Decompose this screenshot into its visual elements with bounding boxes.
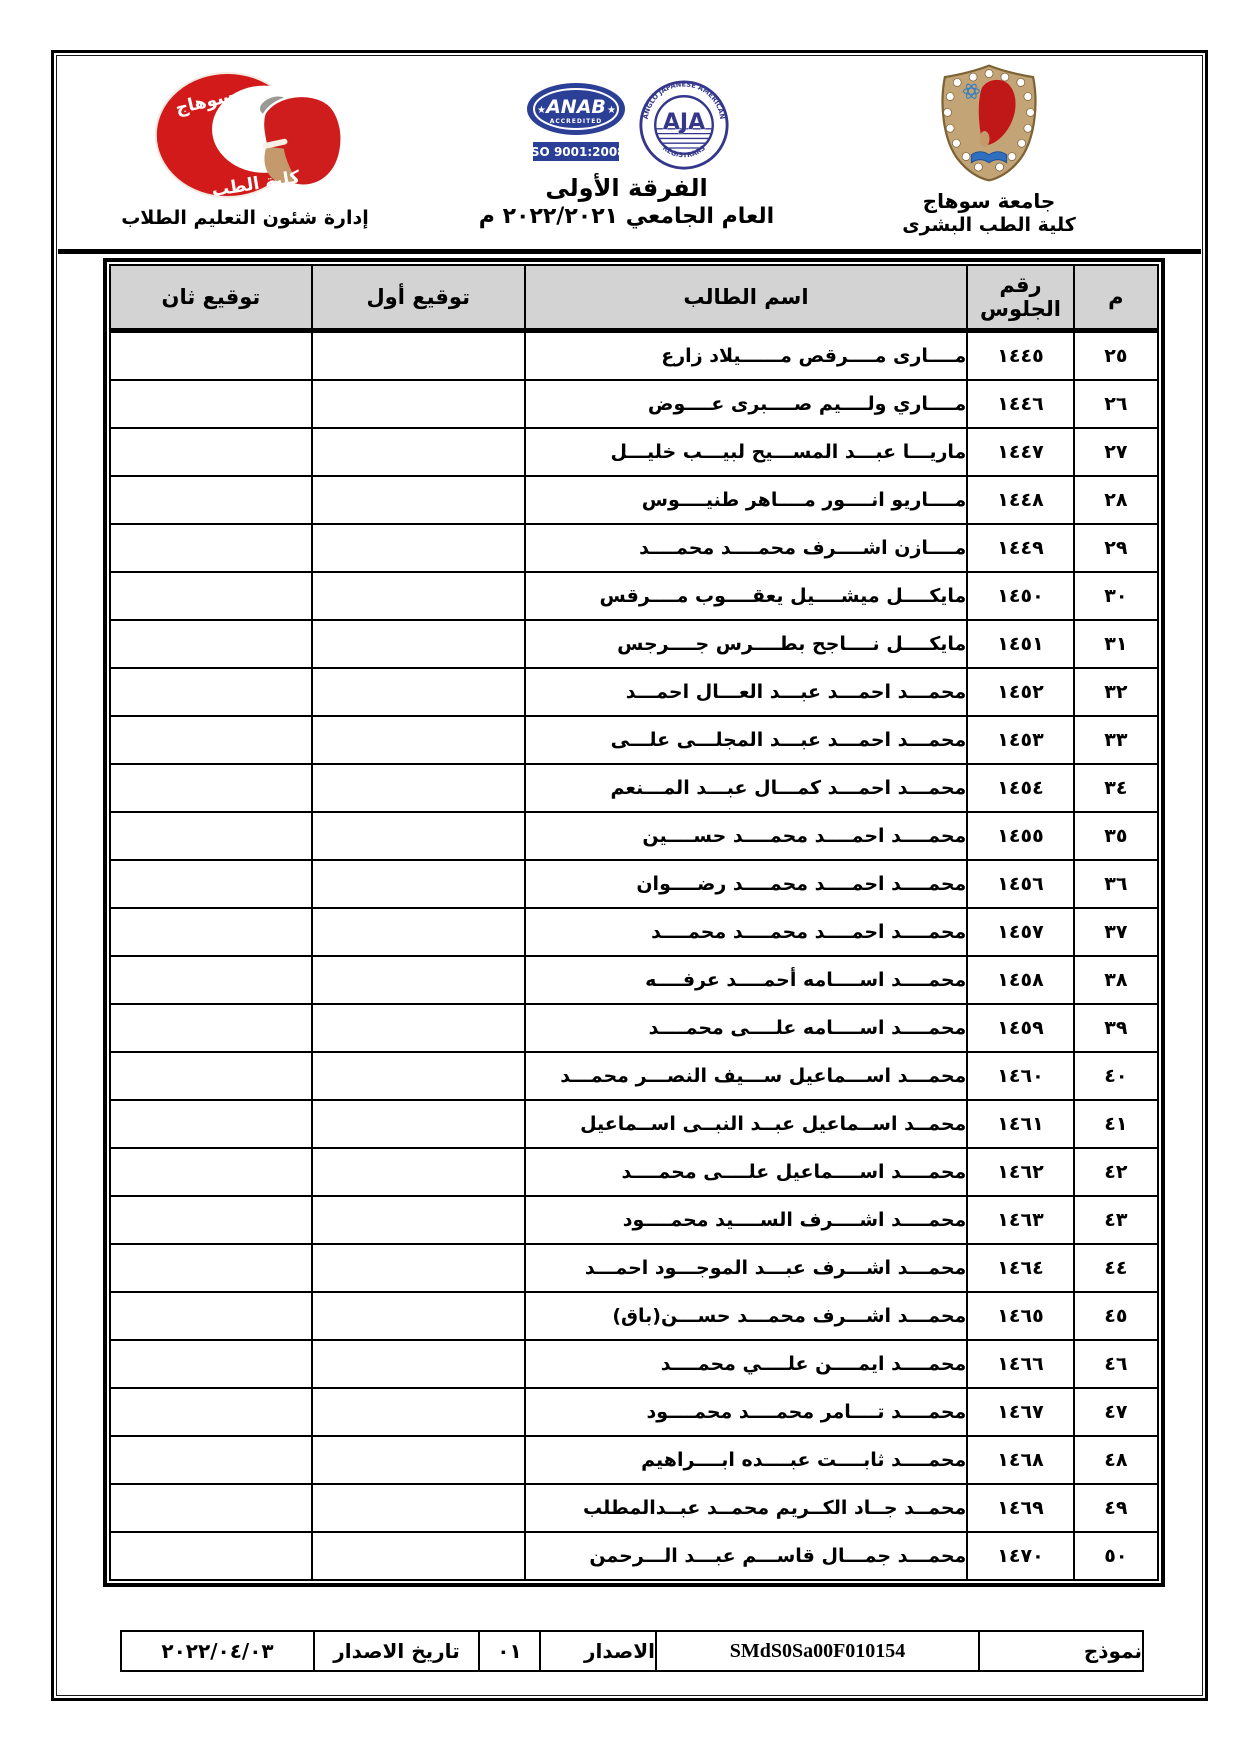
first-signature-cell[interactable] — [312, 476, 525, 524]
second-signature-cell[interactable] — [110, 1052, 312, 1100]
seat-number-cell: ١٤٦٨ — [967, 1436, 1073, 1484]
student-name-cell: محمــــد اســــماعيل علــــى محمــــد — [525, 1148, 968, 1196]
second-signature-cell[interactable] — [110, 860, 312, 908]
first-signature-cell[interactable] — [312, 524, 525, 572]
table-row: ٤٠١٤٦٠محمـــد اســـماعيل ســـيف النصـــر… — [110, 1052, 1158, 1100]
student-name-cell: محمــــد اســــامه علــــى محمــــد — [525, 1004, 968, 1052]
second-signature-cell[interactable] — [110, 956, 312, 1004]
second-signature-cell[interactable] — [110, 1244, 312, 1292]
seat-number-cell: ١٤٤٧ — [967, 428, 1073, 476]
table-row: ٣٦١٤٥٦محمــــد احمــــد محمــــد رضــــو… — [110, 860, 1158, 908]
table-row: ٣٥١٤٥٥محمــــد احمــــد محمــــد حســــي… — [110, 812, 1158, 860]
first-signature-cell[interactable] — [312, 1484, 525, 1532]
column-header-second-signature: توقيع ثان — [110, 265, 312, 331]
first-signature-cell[interactable] — [312, 764, 525, 812]
seat-number-cell: ١٤٥٩ — [967, 1004, 1073, 1052]
accreditation-logos: ★ ★ ANAB ACCREDITED ISO 9001:2008 — [454, 79, 799, 171]
student-name-cell: محمــــد احمــــد محمــــد رضــــوان — [525, 860, 968, 908]
first-signature-cell[interactable] — [312, 956, 525, 1004]
serial-cell: ٤٠ — [1074, 1052, 1158, 1100]
first-signature-cell[interactable] — [312, 1292, 525, 1340]
anab-accredited-text: ACCREDITED — [549, 118, 602, 125]
seat-number-cell: ١٤٤٨ — [967, 476, 1073, 524]
second-signature-cell[interactable] — [110, 668, 312, 716]
second-signature-cell[interactable] — [110, 524, 312, 572]
first-signature-cell[interactable] — [312, 1388, 525, 1436]
serial-cell: ٤٤ — [1074, 1244, 1158, 1292]
second-signature-cell[interactable] — [110, 380, 312, 428]
column-header-seat-number: رقم الجلوس — [967, 265, 1073, 331]
column-header-student-name: اسم الطالب — [525, 265, 968, 331]
version-value: ٠١ — [479, 1631, 540, 1671]
seat-number-cell: ١٤٦٤ — [967, 1244, 1073, 1292]
second-signature-cell[interactable] — [110, 1436, 312, 1484]
header-right-block: جامعة سوهاج كلية الطب البشرى — [874, 63, 1104, 237]
second-signature-cell[interactable] — [110, 1388, 312, 1436]
issue-date-value: ٢٠٢٢/٠٤/٠٣ — [121, 1631, 314, 1671]
table-row: ٤٤١٤٦٤محمـــد اشـــرف عبـــد الموجـــود … — [110, 1244, 1158, 1292]
serial-cell: ٣٥ — [1074, 812, 1158, 860]
student-name-cell: محمـــد احمـــد عبـــد العـــال احمـــد — [525, 668, 968, 716]
seat-number-cell: ١٤٦٧ — [967, 1388, 1073, 1436]
seat-number-cell: ١٤٤٩ — [967, 524, 1073, 572]
serial-cell: ٣١ — [1074, 620, 1158, 668]
student-name-cell: مــــاريو انــــور مــــاهر طنيــــوس — [525, 476, 968, 524]
anab-star-right-icon: ★ — [607, 105, 616, 116]
serial-cell: ٥٠ — [1074, 1532, 1158, 1580]
second-signature-cell[interactable] — [110, 1196, 312, 1244]
anab-accreditation-logo: ★ ★ ANAB ACCREDITED ISO 9001:2008 — [524, 82, 628, 168]
aja-registrars-logo: AJA ANGLO JAPANESE AMERICAN REGISTRARS — [638, 79, 730, 171]
serial-cell: ٢٩ — [1074, 524, 1158, 572]
table-row: ٣٢١٤٥٢محمـــد احمـــد عبـــد العـــال اح… — [110, 668, 1158, 716]
student-name-cell: محمــــد ايمــــن علــــي محمــــد — [525, 1340, 968, 1388]
serial-cell: ٤٥ — [1074, 1292, 1158, 1340]
serial-cell: ٣٨ — [1074, 956, 1158, 1004]
seat-number-cell: ١٤٦١ — [967, 1100, 1073, 1148]
first-signature-cell[interactable] — [312, 1340, 525, 1388]
table-row: ٣١١٤٥١مايكــــل نــــاجح بطــــرس جــــر… — [110, 620, 1158, 668]
first-signature-cell[interactable] — [312, 380, 525, 428]
table-row: ٤٩١٤٦٩محمــد جــاد الكــريم محمــد عبــد… — [110, 1484, 1158, 1532]
first-signature-cell[interactable] — [312, 716, 525, 764]
table-row: ٤٢١٤٦٢محمــــد اســــماعيل علــــى محمــ… — [110, 1148, 1158, 1196]
serial-cell: ٣٢ — [1074, 668, 1158, 716]
table-row: ٣٩١٤٥٩محمــــد اســــامه علــــى محمــــ… — [110, 1004, 1158, 1052]
column-header-first-signature: توقيع أول — [312, 265, 525, 331]
seat-number-cell: ١٤٥١ — [967, 620, 1073, 668]
document-page: جامعة سوهاج كلية الطب إدارة شئون التعليم… — [0, 0, 1241, 1755]
second-signature-cell[interactable] — [110, 764, 312, 812]
student-name-cell: محمــــد احمــــد محمــــد حســــين — [525, 812, 968, 860]
seat-number-cell: ١٤٤٥ — [967, 331, 1073, 381]
seat-number-cell: ١٤٦٣ — [967, 1196, 1073, 1244]
seat-number-cell: ١٤٦٢ — [967, 1148, 1073, 1196]
student-name-cell: محمــــد احمــــد محمــــد محمــــد — [525, 908, 968, 956]
serial-cell: ٤٩ — [1074, 1484, 1158, 1532]
grade-title: الفرقة الأولى — [454, 175, 799, 203]
serial-cell: ٣٤ — [1074, 764, 1158, 812]
faculty-name: كلية الطب البشرى — [874, 214, 1104, 237]
iso-certification-text: ISO 9001:2008 — [526, 145, 625, 159]
first-signature-cell[interactable] — [312, 1148, 525, 1196]
second-signature-cell[interactable] — [110, 572, 312, 620]
seat-number-cell: ١٤٥٨ — [967, 956, 1073, 1004]
table-row: ٣٧١٤٥٧محمــــد احمــــد محمــــد محمــــ… — [110, 908, 1158, 956]
second-signature-cell[interactable] — [110, 908, 312, 956]
first-signature-cell[interactable] — [312, 860, 525, 908]
first-signature-cell[interactable] — [312, 1004, 525, 1052]
table-row: ٢٧١٤٤٧ماريـــا عبـــد المســـيح لبيـــب … — [110, 428, 1158, 476]
version-label: الاصدار — [540, 1631, 656, 1671]
seat-number-cell: ١٤٥٥ — [967, 812, 1073, 860]
form-meta-row: نموذج SMdS0Sa00F010154 الاصدار ٠١ تاريخ … — [121, 1631, 1143, 1671]
second-signature-cell[interactable] — [110, 812, 312, 860]
student-name-cell: محمـــد احمـــد كمـــال عبـــد المـــنعم — [525, 764, 968, 812]
seat-number-cell: ١٤٥٢ — [967, 668, 1073, 716]
seat-number-cell: ١٤٥٤ — [967, 764, 1073, 812]
serial-cell: ٣٦ — [1074, 860, 1158, 908]
second-signature-cell[interactable] — [110, 1148, 312, 1196]
seat-number-cell: ١٤٥٧ — [967, 908, 1073, 956]
serial-cell: ٤٦ — [1074, 1340, 1158, 1388]
seat-number-cell: ١٤٧٠ — [967, 1532, 1073, 1580]
first-signature-cell[interactable] — [312, 1196, 525, 1244]
second-signature-cell[interactable] — [110, 331, 312, 381]
table-row: ٣٨١٤٥٨محمــــد اســــامه أحمــــد عرفـــ… — [110, 956, 1158, 1004]
table-row: ٣٤١٤٥٤محمـــد احمـــد كمـــال عبـــد الم… — [110, 764, 1158, 812]
serial-cell: ٤٢ — [1074, 1148, 1158, 1196]
serial-cell: ٣٧ — [1074, 908, 1158, 956]
department-title: إدارة شئون التعليم الطلاب — [112, 207, 378, 229]
header-left-block: جامعة سوهاج كلية الطب إدارة شئون التعليم… — [112, 69, 378, 229]
first-signature-cell[interactable] — [312, 572, 525, 620]
column-header-serial: م — [1074, 265, 1158, 331]
first-signature-cell[interactable] — [312, 331, 525, 381]
serial-cell: ٣٩ — [1074, 1004, 1158, 1052]
academic-year: العام الجامعي ٢٠٢٢/٢٠٢١ م — [454, 203, 799, 232]
second-signature-cell[interactable] — [110, 1004, 312, 1052]
aja-label: AJA — [662, 110, 704, 135]
anab-label: ANAB — [544, 96, 606, 118]
roster-table-frame: م رقم الجلوس اسم الطالب توقيع أول توقيع … — [103, 258, 1165, 1587]
second-signature-cell[interactable] — [110, 1340, 312, 1388]
seat-number-cell: ١٤٦٠ — [967, 1052, 1073, 1100]
header-center-block: ★ ★ ANAB ACCREDITED ISO 9001:2008 — [454, 79, 799, 231]
seat-number-cell: ١٤٦٥ — [967, 1292, 1073, 1340]
table-row: ٤١١٤٦١محمــد اســماعيل عبــد النبــى اسـ… — [110, 1100, 1158, 1148]
student-name-cell: محمـــد اســـماعيل ســـيف النصـــر محمــ… — [525, 1052, 968, 1100]
first-signature-cell[interactable] — [312, 1532, 525, 1580]
serial-cell: ٣٠ — [1074, 572, 1158, 620]
table-row: ٤٧١٤٦٧محمــــد تــــامر محمــــد محمــــ… — [110, 1388, 1158, 1436]
student-name-cell: مــــازن اشــــرف محمــــد محمــــد — [525, 524, 968, 572]
seat-number-cell: ١٤٥٠ — [967, 572, 1073, 620]
header-divider-rule — [58, 249, 1201, 254]
serial-cell: ٤٧ — [1074, 1388, 1158, 1436]
student-name-cell: محمــــد تــــامر محمــــد محمــــود — [525, 1388, 968, 1436]
serial-cell: ٢٨ — [1074, 476, 1158, 524]
student-name-cell: محمـــد جمـــال قاســـم عبـــد الـــرحمن — [525, 1532, 968, 1580]
second-signature-cell[interactable] — [110, 1292, 312, 1340]
student-name-cell: مايكــــل نــــاجح بطــــرس جــــرجس — [525, 620, 968, 668]
issue-date-label: تاريخ الاصدار — [314, 1631, 479, 1671]
red-crescent-medicine-logo: جامعة سوهاج كلية الطب — [119, 69, 371, 201]
second-signature-cell[interactable] — [110, 1484, 312, 1532]
second-signature-cell[interactable] — [110, 1532, 312, 1580]
form-label: نموذج — [979, 1631, 1143, 1671]
first-signature-cell[interactable] — [312, 812, 525, 860]
table-row: ٤٣١٤٦٣محمــــد اشــــرف الســــيد محمـــ… — [110, 1196, 1158, 1244]
second-signature-cell[interactable] — [110, 476, 312, 524]
university-name: جامعة سوهاج — [874, 189, 1104, 214]
first-signature-cell[interactable] — [312, 1244, 525, 1292]
serial-cell: ٤١ — [1074, 1100, 1158, 1148]
serial-cell: ٢٧ — [1074, 428, 1158, 476]
student-name-cell: ماريـــا عبـــد المســـيح لبيـــب خليـــ… — [525, 428, 968, 476]
table-row: ٣٠١٤٥٠مايكــــل ميشــــيل يعقــــوب مـــ… — [110, 572, 1158, 620]
student-name-cell: مــــارى مــــرقص مــــــيلاد زارع — [525, 331, 968, 381]
form-meta-table: نموذج SMdS0Sa00F010154 الاصدار ٠١ تاريخ … — [120, 1630, 1144, 1672]
serial-cell: ٤٣ — [1074, 1196, 1158, 1244]
student-name-cell: محمــد جــاد الكــريم محمــد عبــدالمطلب — [525, 1484, 968, 1532]
table-row: ٤٨١٤٦٨محمــــد ثابــــت عبــــده ابــــر… — [110, 1436, 1158, 1484]
student-name-cell: محمــــد اســــامه أحمــــد عرفــــه — [525, 956, 968, 1004]
second-signature-cell[interactable] — [110, 1100, 312, 1148]
serial-cell: ٢٦ — [1074, 380, 1158, 428]
table-row: ٢٥١٤٤٥مــــارى مــــرقص مــــــيلاد زارع — [110, 331, 1158, 381]
table-row: ٤٦١٤٦٦محمــــد ايمــــن علــــي محمــــد — [110, 1340, 1158, 1388]
table-row: ٢٨١٤٤٨مــــاريو انــــور مــــاهر طنيـــ… — [110, 476, 1158, 524]
student-name-cell: محمــد اســماعيل عبــد النبــى اســماعيل — [525, 1100, 968, 1148]
table-row: ٥٠١٤٧٠محمـــد جمـــال قاســـم عبـــد الـ… — [110, 1532, 1158, 1580]
table-row: ٢٩١٤٤٩مــــازن اشــــرف محمــــد محمــــ… — [110, 524, 1158, 572]
seat-number-cell: ١٤٤٦ — [967, 380, 1073, 428]
sohag-university-logo — [936, 63, 1042, 183]
seat-number-cell: ١٤٥٣ — [967, 716, 1073, 764]
second-signature-cell[interactable] — [110, 428, 312, 476]
second-signature-cell[interactable] — [110, 716, 312, 764]
student-name-cell: محمــــد ثابــــت عبــــده ابــــراهيم — [525, 1436, 968, 1484]
table-header-row: م رقم الجلوس اسم الطالب توقيع أول توقيع … — [110, 265, 1158, 331]
first-signature-cell[interactable] — [312, 908, 525, 956]
first-signature-cell[interactable] — [312, 1100, 525, 1148]
student-name-cell: مايكــــل ميشــــيل يعقــــوب مــــرقس — [525, 572, 968, 620]
table-row: ٣٣١٤٥٣محمـــد احمـــد عبـــد المجلـــى ع… — [110, 716, 1158, 764]
serial-cell: ٣٣ — [1074, 716, 1158, 764]
serial-cell: ٤٨ — [1074, 1436, 1158, 1484]
table-row: ٤٥١٤٦٥محمـــد اشـــرف محمـــد حســـن(باق… — [110, 1292, 1158, 1340]
first-signature-cell[interactable] — [312, 428, 525, 476]
student-name-cell: محمـــد اشـــرف محمـــد حســـن(باق) — [525, 1292, 968, 1340]
student-name-cell: محمـــد احمـــد عبـــد المجلـــى علـــى — [525, 716, 968, 764]
student-name-cell: مــــاري ولــــيم صــــبرى عــــوض — [525, 380, 968, 428]
student-roster-table: م رقم الجلوس اسم الطالب توقيع أول توقيع … — [109, 264, 1159, 1581]
form-code: SMdS0Sa00F010154 — [656, 1631, 979, 1671]
serial-cell: ٢٥ — [1074, 331, 1158, 381]
page-frame: جامعة سوهاج كلية الطب إدارة شئون التعليم… — [51, 50, 1208, 1701]
seat-number-cell: ١٤٦٩ — [967, 1484, 1073, 1532]
student-name-cell: محمـــد اشـــرف عبـــد الموجـــود احمـــ… — [525, 1244, 968, 1292]
second-signature-cell[interactable] — [110, 620, 312, 668]
first-signature-cell[interactable] — [312, 1436, 525, 1484]
anab-star-left-icon: ★ — [537, 105, 546, 116]
first-signature-cell[interactable] — [312, 668, 525, 716]
first-signature-cell[interactable] — [312, 1052, 525, 1100]
first-signature-cell[interactable] — [312, 620, 525, 668]
seat-number-cell: ١٤٦٦ — [967, 1340, 1073, 1388]
table-row: ٢٦١٤٤٦مــــاري ولــــيم صــــبرى عــــوض — [110, 380, 1158, 428]
student-name-cell: محمــــد اشــــرف الســــيد محمــــود — [525, 1196, 968, 1244]
seat-number-cell: ١٤٥٦ — [967, 860, 1073, 908]
